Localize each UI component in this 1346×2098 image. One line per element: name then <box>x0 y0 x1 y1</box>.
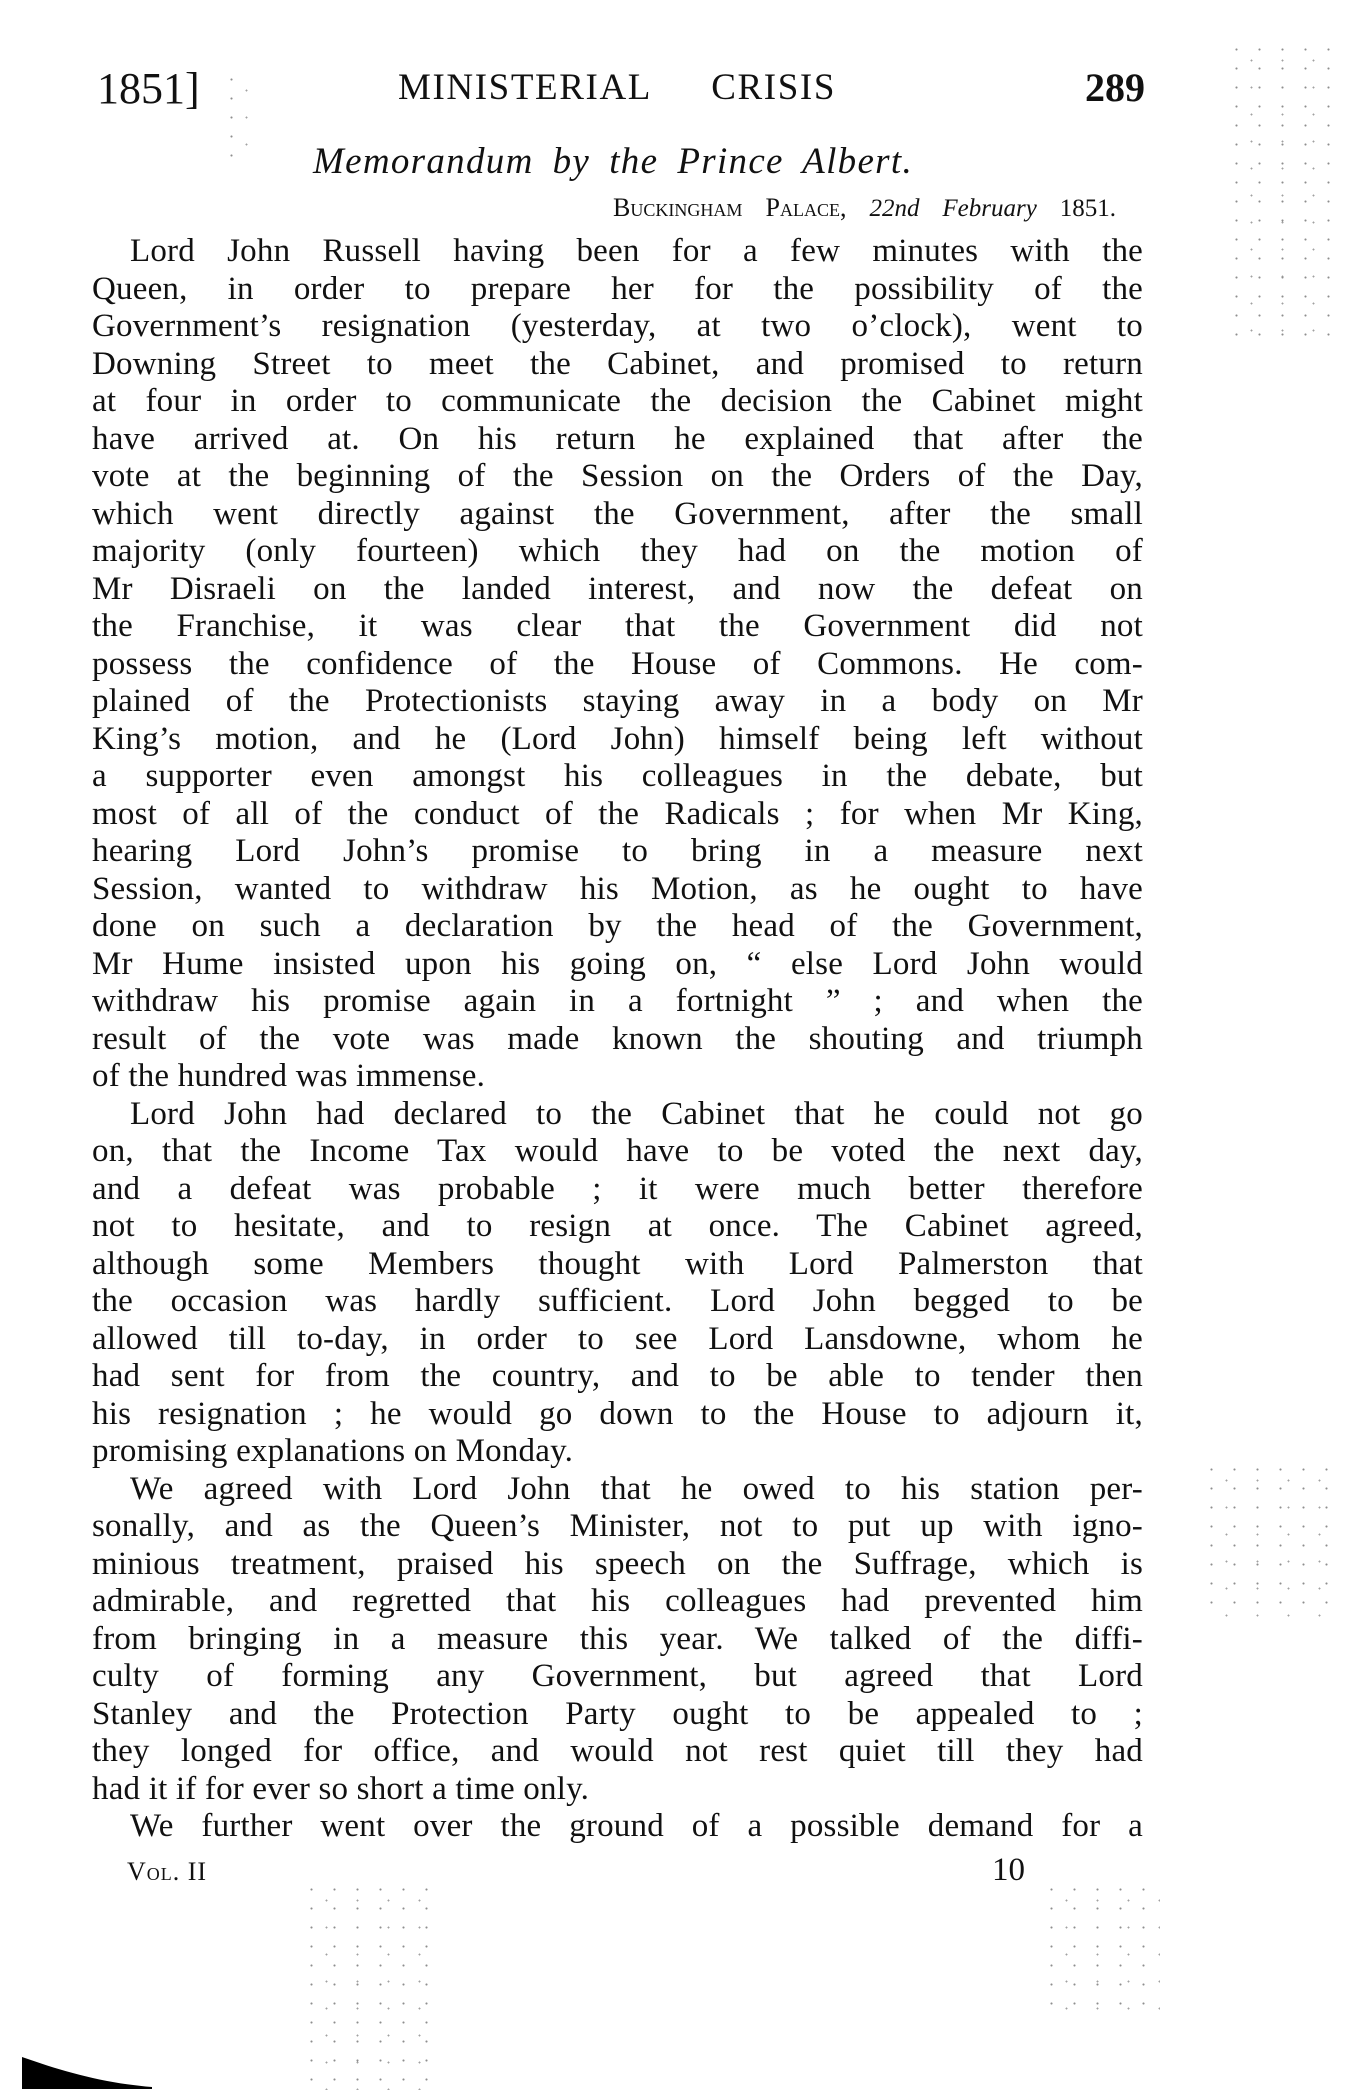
text-line: done on such a declaration by the head o… <box>92 908 1143 946</box>
text-line: hearing Lord John’s promise to bring in … <box>92 833 1143 871</box>
text-line: from bringing in a measure this year. We… <box>92 1621 1143 1659</box>
text-line: result of the vote was made known the sh… <box>92 1021 1143 1059</box>
scan-speckle <box>1200 1460 1340 1620</box>
text-line: withdraw his promise again in a fortnigh… <box>92 983 1143 1021</box>
running-head-title: MINISTERIAL CRISIS <box>398 66 836 110</box>
body-text: Lord John Russell having been for a few … <box>92 233 1143 1846</box>
text-line: most of all of the conduct of the Radica… <box>92 796 1143 834</box>
signature-mark: 10 <box>992 1852 1025 1888</box>
paragraph-3: We agreed with Lord John that he owed to… <box>92 1471 1143 1809</box>
text-line: Mr Disraeli on the landed interest, and … <box>92 571 1143 609</box>
text-line: promising explanations on Monday. <box>92 1433 1143 1471</box>
text-line: We further went over the ground of a pos… <box>92 1808 1143 1846</box>
text-line: Downing Street to meet the Cabinet, and … <box>92 346 1143 384</box>
text-line: the occasion was hardly sufficient. Lord… <box>92 1283 1143 1321</box>
text-line: his resignation ; he would go down to th… <box>92 1396 1143 1434</box>
text-line: Lord John Russell having been for a few … <box>92 233 1143 271</box>
text-line: plained of the Protectionists staying aw… <box>92 683 1143 721</box>
text-line: sonally, and as the Queen’s Minister, no… <box>92 1508 1143 1546</box>
volume-label: Vol. II <box>127 1856 207 1888</box>
text-line: they longed for office, and would not re… <box>92 1733 1143 1771</box>
dateline-date: 22nd February <box>869 195 1036 222</box>
text-line: admirable, and regretted that his collea… <box>92 1583 1143 1621</box>
text-line: of the hundred was immense. <box>92 1058 1143 1096</box>
document-subtitle: Memorandum by the Prince Albert. <box>313 140 913 184</box>
text-line: at four in order to communicate the deci… <box>92 383 1143 421</box>
paragraph-4: We further went over the ground of a pos… <box>92 1808 1143 1846</box>
text-line: and a defeat was probable ; it were much… <box>92 1171 1143 1209</box>
dateline-year: 1851. <box>1060 195 1116 222</box>
text-line: had sent for from the country, and to be… <box>92 1358 1143 1396</box>
text-line: minious treatment, praised his speech on… <box>92 1546 1143 1584</box>
scan-edge-shadow <box>22 2057 152 2089</box>
text-line: vote at the beginning of the Session on … <box>92 458 1143 496</box>
text-line: not to hesitate, and to resign at once. … <box>92 1208 1143 1246</box>
paragraph-2: Lord John had declared to the Cabinet th… <box>92 1096 1143 1471</box>
text-line: on, that the Income Tax would have to be… <box>92 1133 1143 1171</box>
text-line: culty of forming any Government, but agr… <box>92 1658 1143 1696</box>
text-line: Government’s resignation (yesterday, at … <box>92 308 1143 346</box>
text-line: have arrived at. On his return he explai… <box>92 421 1143 459</box>
scan-speckle <box>1040 1880 1160 2020</box>
text-line: allowed till to-day, in order to see Lor… <box>92 1321 1143 1359</box>
text-line: a supporter even amongst his colleagues … <box>92 758 1143 796</box>
text-line: Lord John had declared to the Cabinet th… <box>92 1096 1143 1134</box>
text-line: majority (only fourteen) which they had … <box>92 533 1143 571</box>
text-line: Stanley and the Protection Party ought t… <box>92 1696 1143 1734</box>
page-number: 289 <box>1085 64 1145 112</box>
text-line: Mr Hume insisted upon his going on, “ el… <box>92 946 1143 984</box>
text-line: Session, wanted to withdraw his Motion, … <box>92 871 1143 909</box>
text-line: Queen, in order to prepare her for the p… <box>92 271 1143 309</box>
text-line: possess the confidence of the House of C… <box>92 646 1143 684</box>
text-line: We agreed with Lord John that he owed to… <box>92 1471 1143 1509</box>
dateline: Buckingham Palace, 22nd February 1851. <box>613 193 1116 224</box>
text-line: although some Members thought with Lord … <box>92 1246 1143 1284</box>
scan-speckle <box>300 1880 430 2090</box>
text-line: which went directly against the Governme… <box>92 496 1143 534</box>
scan-speckle <box>220 70 250 160</box>
text-line: the Franchise, it was clear that the Gov… <box>92 608 1143 646</box>
paragraph-1: Lord John Russell having been for a few … <box>92 233 1143 1096</box>
running-head-year: 1851] <box>97 64 200 114</box>
scan-speckle <box>1225 40 1335 340</box>
text-line: King’s motion, and he (Lord John) himsel… <box>92 721 1143 759</box>
dateline-place: Buckingham Palace, <box>613 193 847 222</box>
text-line: had it if for ever so short a time only. <box>92 1771 1143 1809</box>
